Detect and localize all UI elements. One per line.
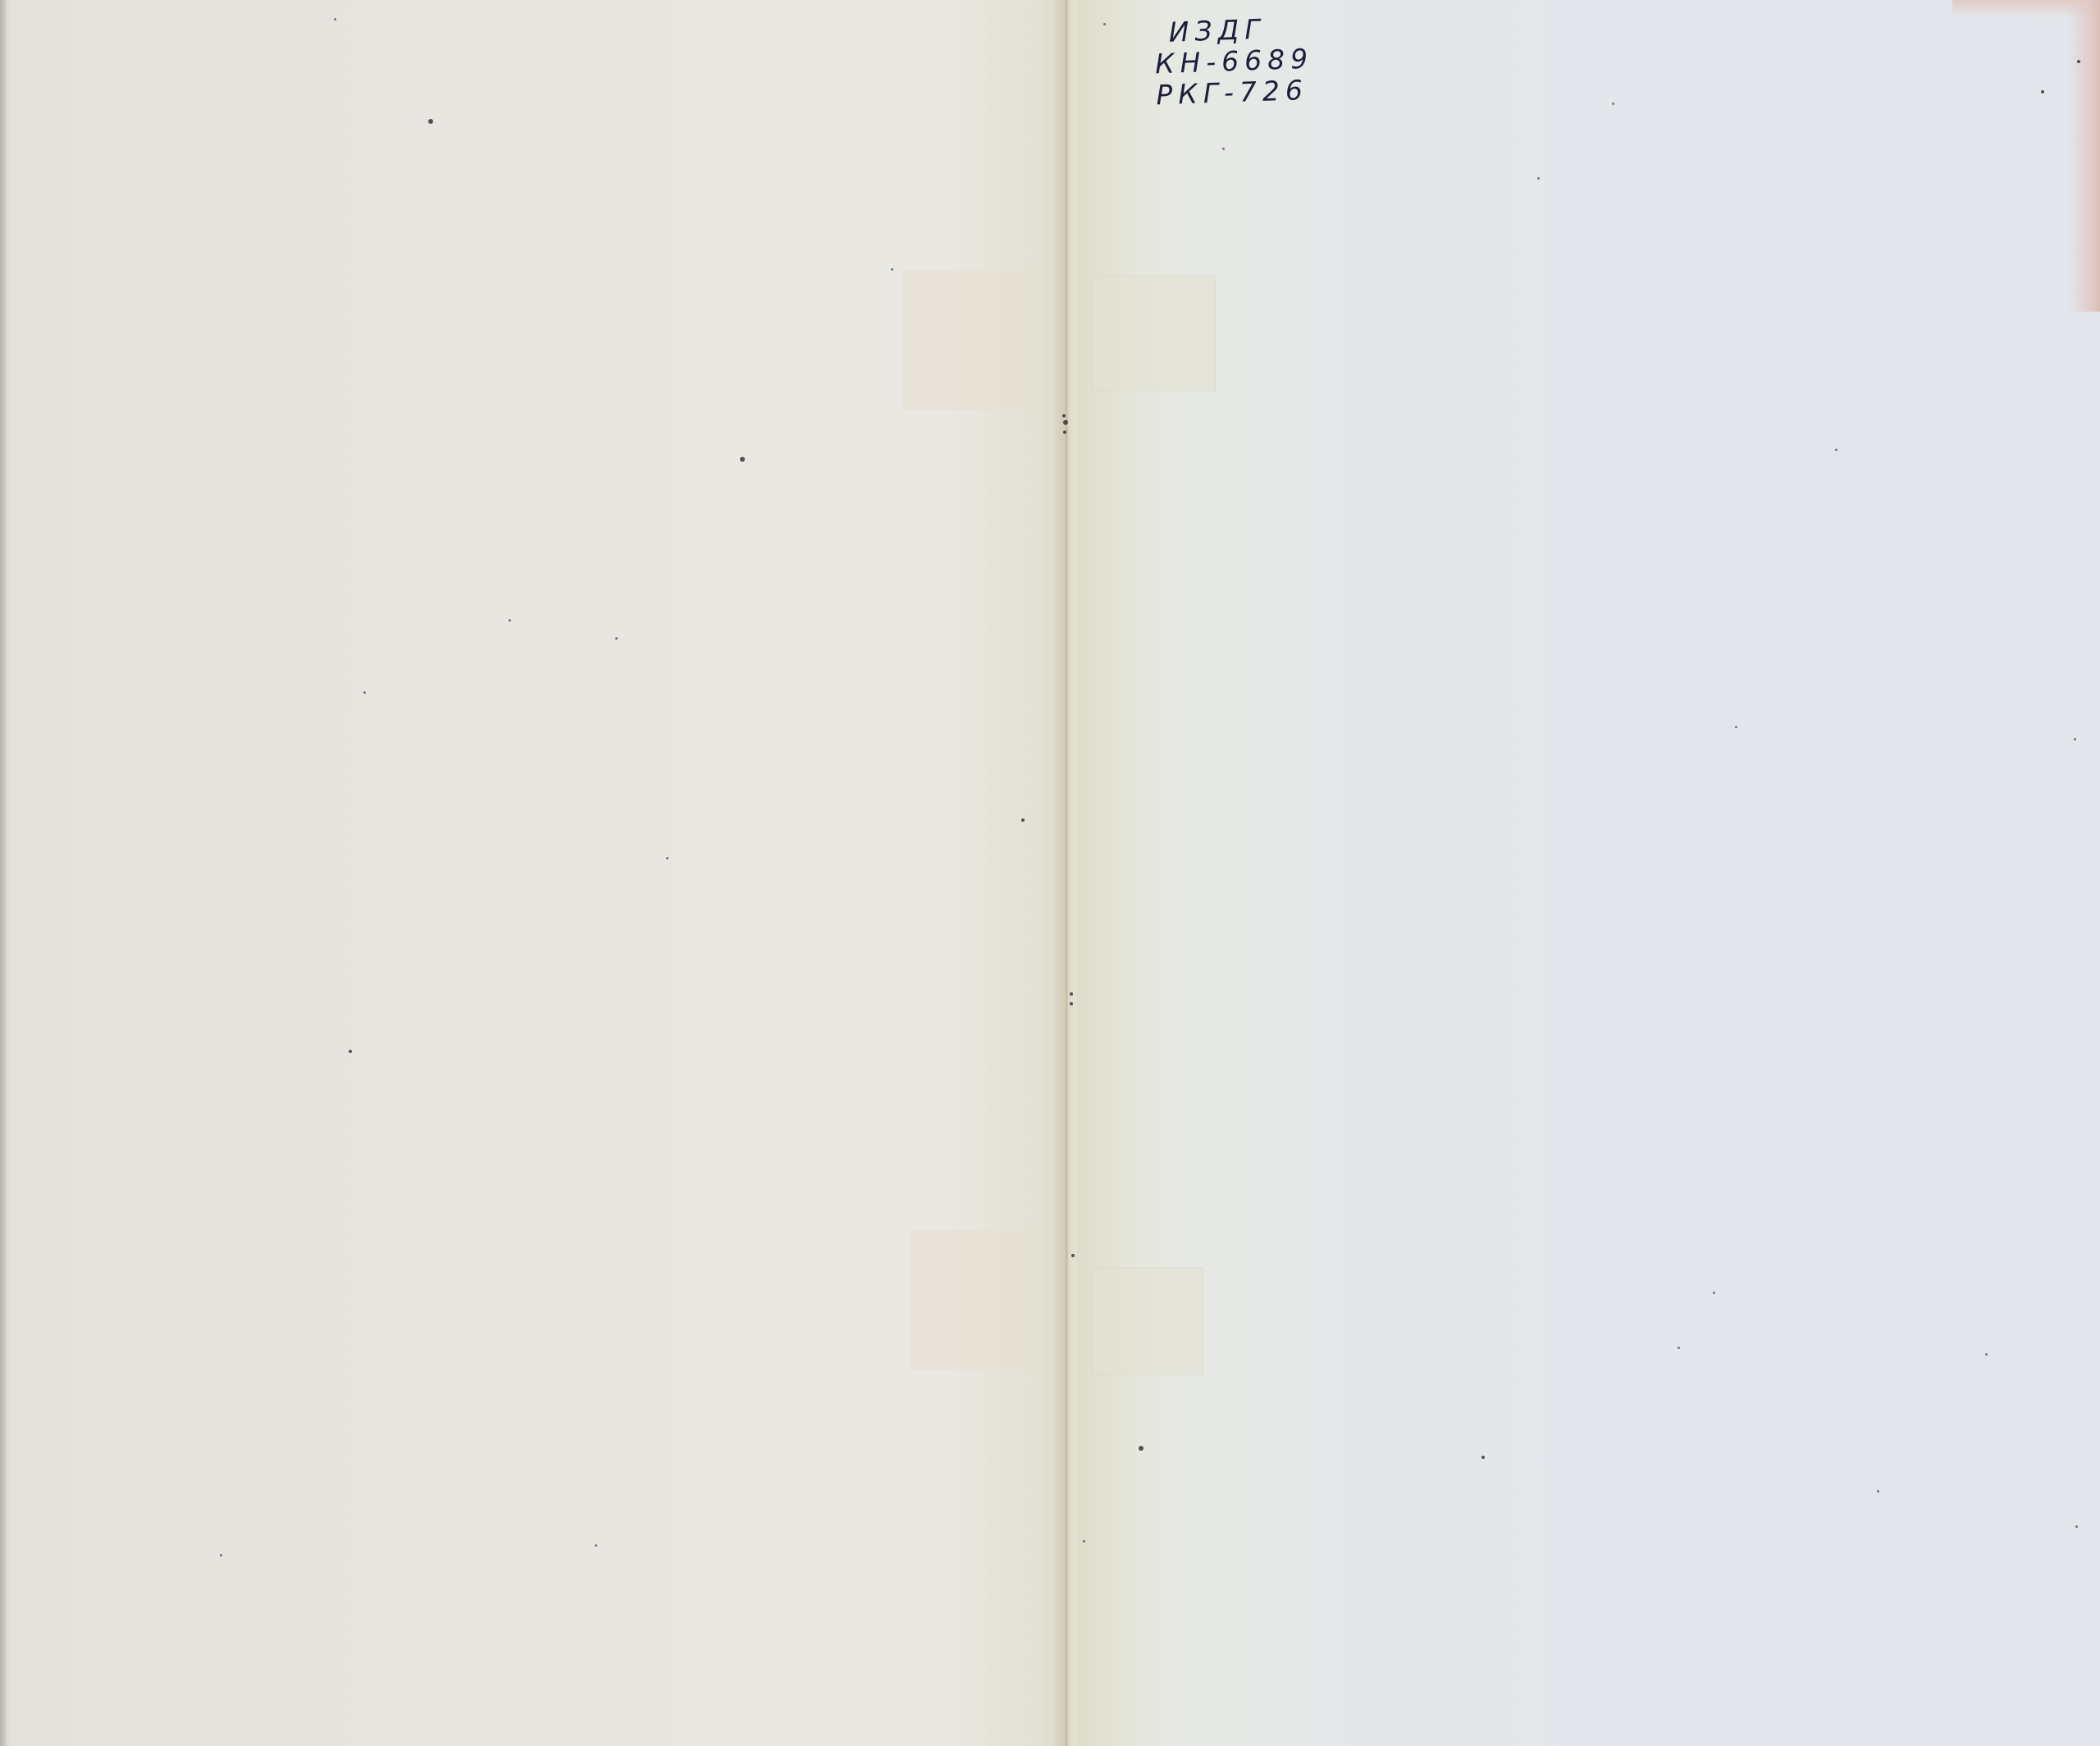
speck: [1103, 23, 1106, 25]
speck: [1070, 1002, 1073, 1005]
speck: [334, 18, 336, 21]
glue-stain: [911, 1230, 1034, 1370]
speck: [509, 619, 511, 622]
speck: [1222, 148, 1225, 150]
speck: [1537, 177, 1540, 180]
speck: [1877, 1490, 1879, 1493]
speck: [1612, 103, 1614, 105]
speck: [1481, 1456, 1485, 1459]
speck: [220, 1554, 222, 1557]
glue-patch: [1091, 275, 1216, 391]
speck: [1735, 726, 1737, 728]
glue-patch: [1091, 1267, 1203, 1375]
speck: [2041, 90, 2044, 93]
speck: [349, 1050, 352, 1053]
speck: [595, 1544, 597, 1547]
speck: [363, 691, 366, 694]
speck: [615, 637, 618, 640]
speck: [1985, 1353, 1988, 1356]
speck: [428, 119, 433, 124]
speck: [2075, 1525, 2078, 1528]
speck: [1063, 431, 1066, 434]
speck: [2074, 738, 2076, 741]
shelfmark-line-3: РКГ-726: [1156, 75, 1315, 112]
speck: [1713, 1292, 1715, 1294]
speck: [666, 857, 669, 859]
book-spread: ИЗДГ КН-6689 РКГ-726: [0, 0, 2100, 1746]
speck: [2077, 60, 2080, 63]
speck: [1139, 1446, 1144, 1451]
handwritten-shelfmark: ИЗДГ КН-6689 РКГ-726: [1153, 12, 1315, 112]
speck: [1678, 1347, 1680, 1349]
edge-stain: [2067, 0, 2100, 312]
book-spine-gutter: [1054, 0, 1079, 1746]
speck: [1071, 1254, 1075, 1257]
speck: [1083, 1540, 1085, 1543]
speck: [891, 268, 893, 271]
speck: [740, 457, 745, 462]
hinge-tape: [1076, 0, 1138, 1746]
speck: [1063, 420, 1068, 425]
speck: [1062, 414, 1066, 417]
speck: [1021, 818, 1025, 822]
left-page: [0, 0, 1066, 1746]
speck: [1835, 449, 1837, 451]
glue-stain: [902, 271, 1034, 410]
right-page: [1076, 0, 2100, 1746]
speck: [1070, 992, 1073, 996]
